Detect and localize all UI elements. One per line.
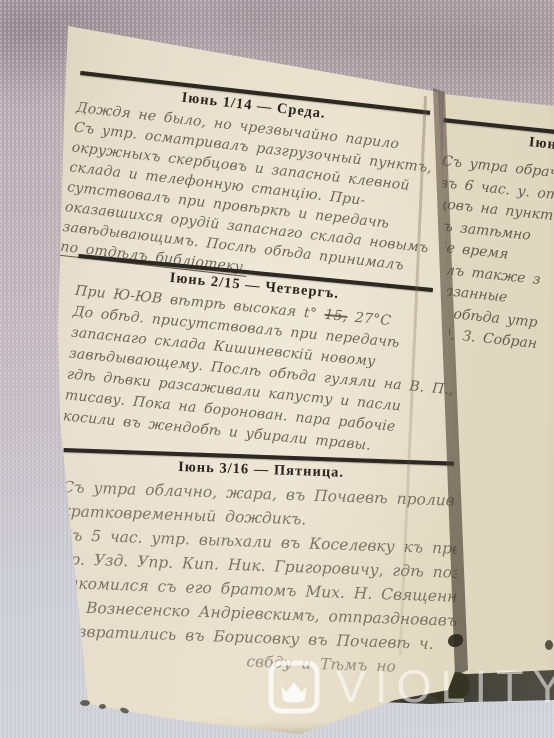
- photo-scene: Іюнь Съ утра обрачн въ 6 час. у. отпар ц…: [0, 0, 554, 738]
- watermark-text: VIOLITY: [320, 660, 554, 714]
- violity-watermark: VIOLITY: [268, 660, 554, 714]
- diary-entry-june-2: Іюнь 2/15 — Четвергъ. При Ю-ЮВ вѣтрѣ выс…: [62, 240, 434, 461]
- edge-speck: [80, 700, 90, 706]
- edge-speck: [545, 640, 553, 650]
- strikethrough-text: 15,: [324, 307, 348, 325]
- diary-line-text: 27°С: [347, 309, 392, 329]
- crown-icon: [268, 660, 320, 714]
- edge-speck: [99, 704, 106, 709]
